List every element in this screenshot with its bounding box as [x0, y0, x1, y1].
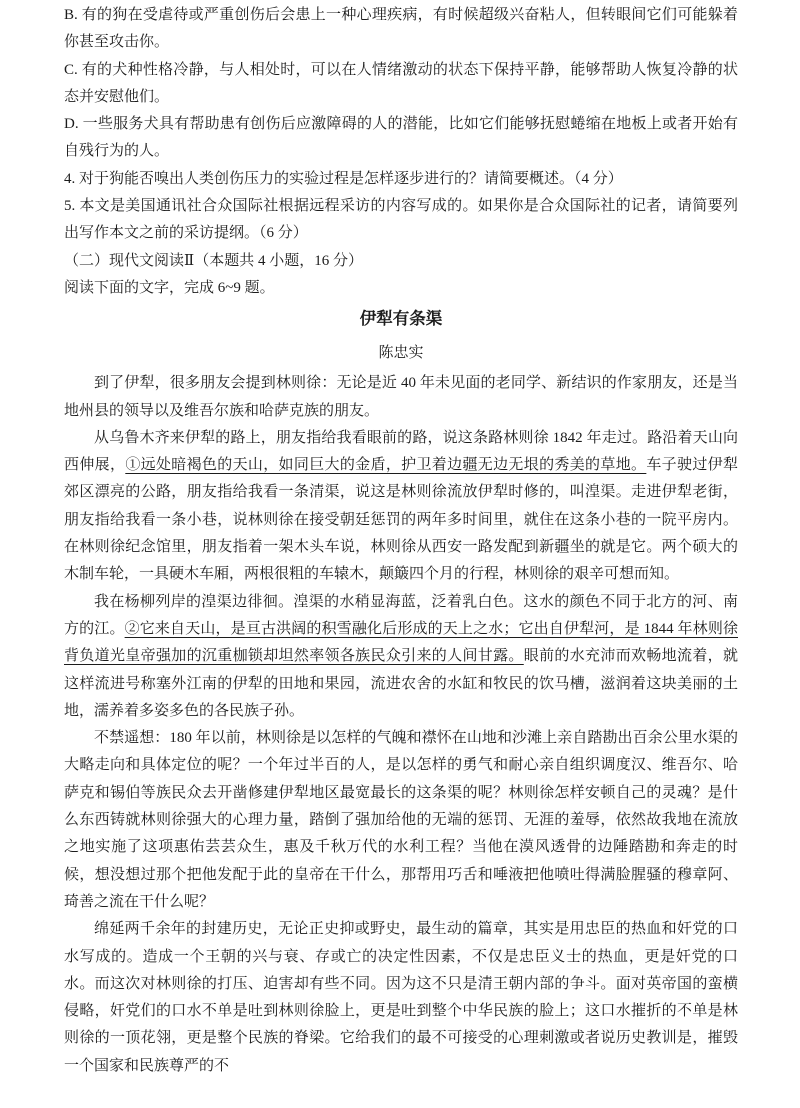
choice-option-d: D. 一些服务犬具有帮助患有创伤后应激障碍的人的潜能，比如它们能够抚慰蜷缩在地板… [64, 111, 738, 166]
section-heading: （二）现代文阅读Ⅱ（本题共 4 小题，16 分） [64, 248, 738, 275]
choice-option-c: C. 有的犬种性格冷静，与人相处时，可以在人情绪激动的状态下保持平静，能够帮助人… [64, 57, 738, 112]
passage-paragraph-2: 从乌鲁木齐来伊犁的路上，朋友指给我看眼前的路，说这条路林则徐 1842 年走过。… [64, 425, 738, 589]
passage-paragraph-1: 到了伊犁，很多朋友会提到林则徐：无论是近 40 年未见面的老同学、新结识的作家朋… [64, 370, 738, 425]
underlined-sentence-1: ①远处暗褐色的天山，如同巨大的金盾，护卫着边疆无边无垠的秀美的草地。 [125, 457, 646, 473]
exam-page: B. 有的狗在受虐待或严重创伤后会患上一种心理疾病，有时候超级兴奋粘人，但转眼间… [0, 0, 800, 1108]
question-5: 5. 本文是美国通讯社合众国际社根据远程采访的内容写成的。如果你是合众国际社的记… [64, 193, 738, 248]
passage-paragraph-4: 不禁遥想：180 年以前，林则徐是以怎样的气魄和襟怀在山地和沙滩上亲自踏勘出百余… [64, 725, 738, 916]
passage-author: 陈忠实 [64, 336, 738, 370]
reading-instruction: 阅读下面的文字，完成 6~9 题。 [64, 275, 738, 302]
passage-paragraph-5: 绵延两千余年的封建历史，无论正史抑或野史，最生动的篇章，其实是用忠臣的热血和奸党… [64, 916, 738, 1080]
passage-title: 伊犁有条渠 [64, 302, 738, 336]
paragraph-2-text-after: 车子驶过伊犁郊区漂亮的公路，朋友指给我看一条清渠，说这是林则徐流放伊犁时修的，叫… [64, 457, 738, 582]
question-4: 4. 对于狗能否嗅出人类创伤压力的实验过程是怎样逐步进行的？请简要概述。（4 分… [64, 166, 738, 193]
choice-option-b: B. 有的狗在受虐待或严重创伤后会患上一种心理疾病，有时候超级兴奋粘人，但转眼间… [64, 2, 738, 57]
passage-paragraph-3: 我在杨柳列岸的湟渠边徘徊。湟渠的水稍显海蓝，泛着乳白色。这水的颜色不同于北方的河… [64, 589, 738, 725]
